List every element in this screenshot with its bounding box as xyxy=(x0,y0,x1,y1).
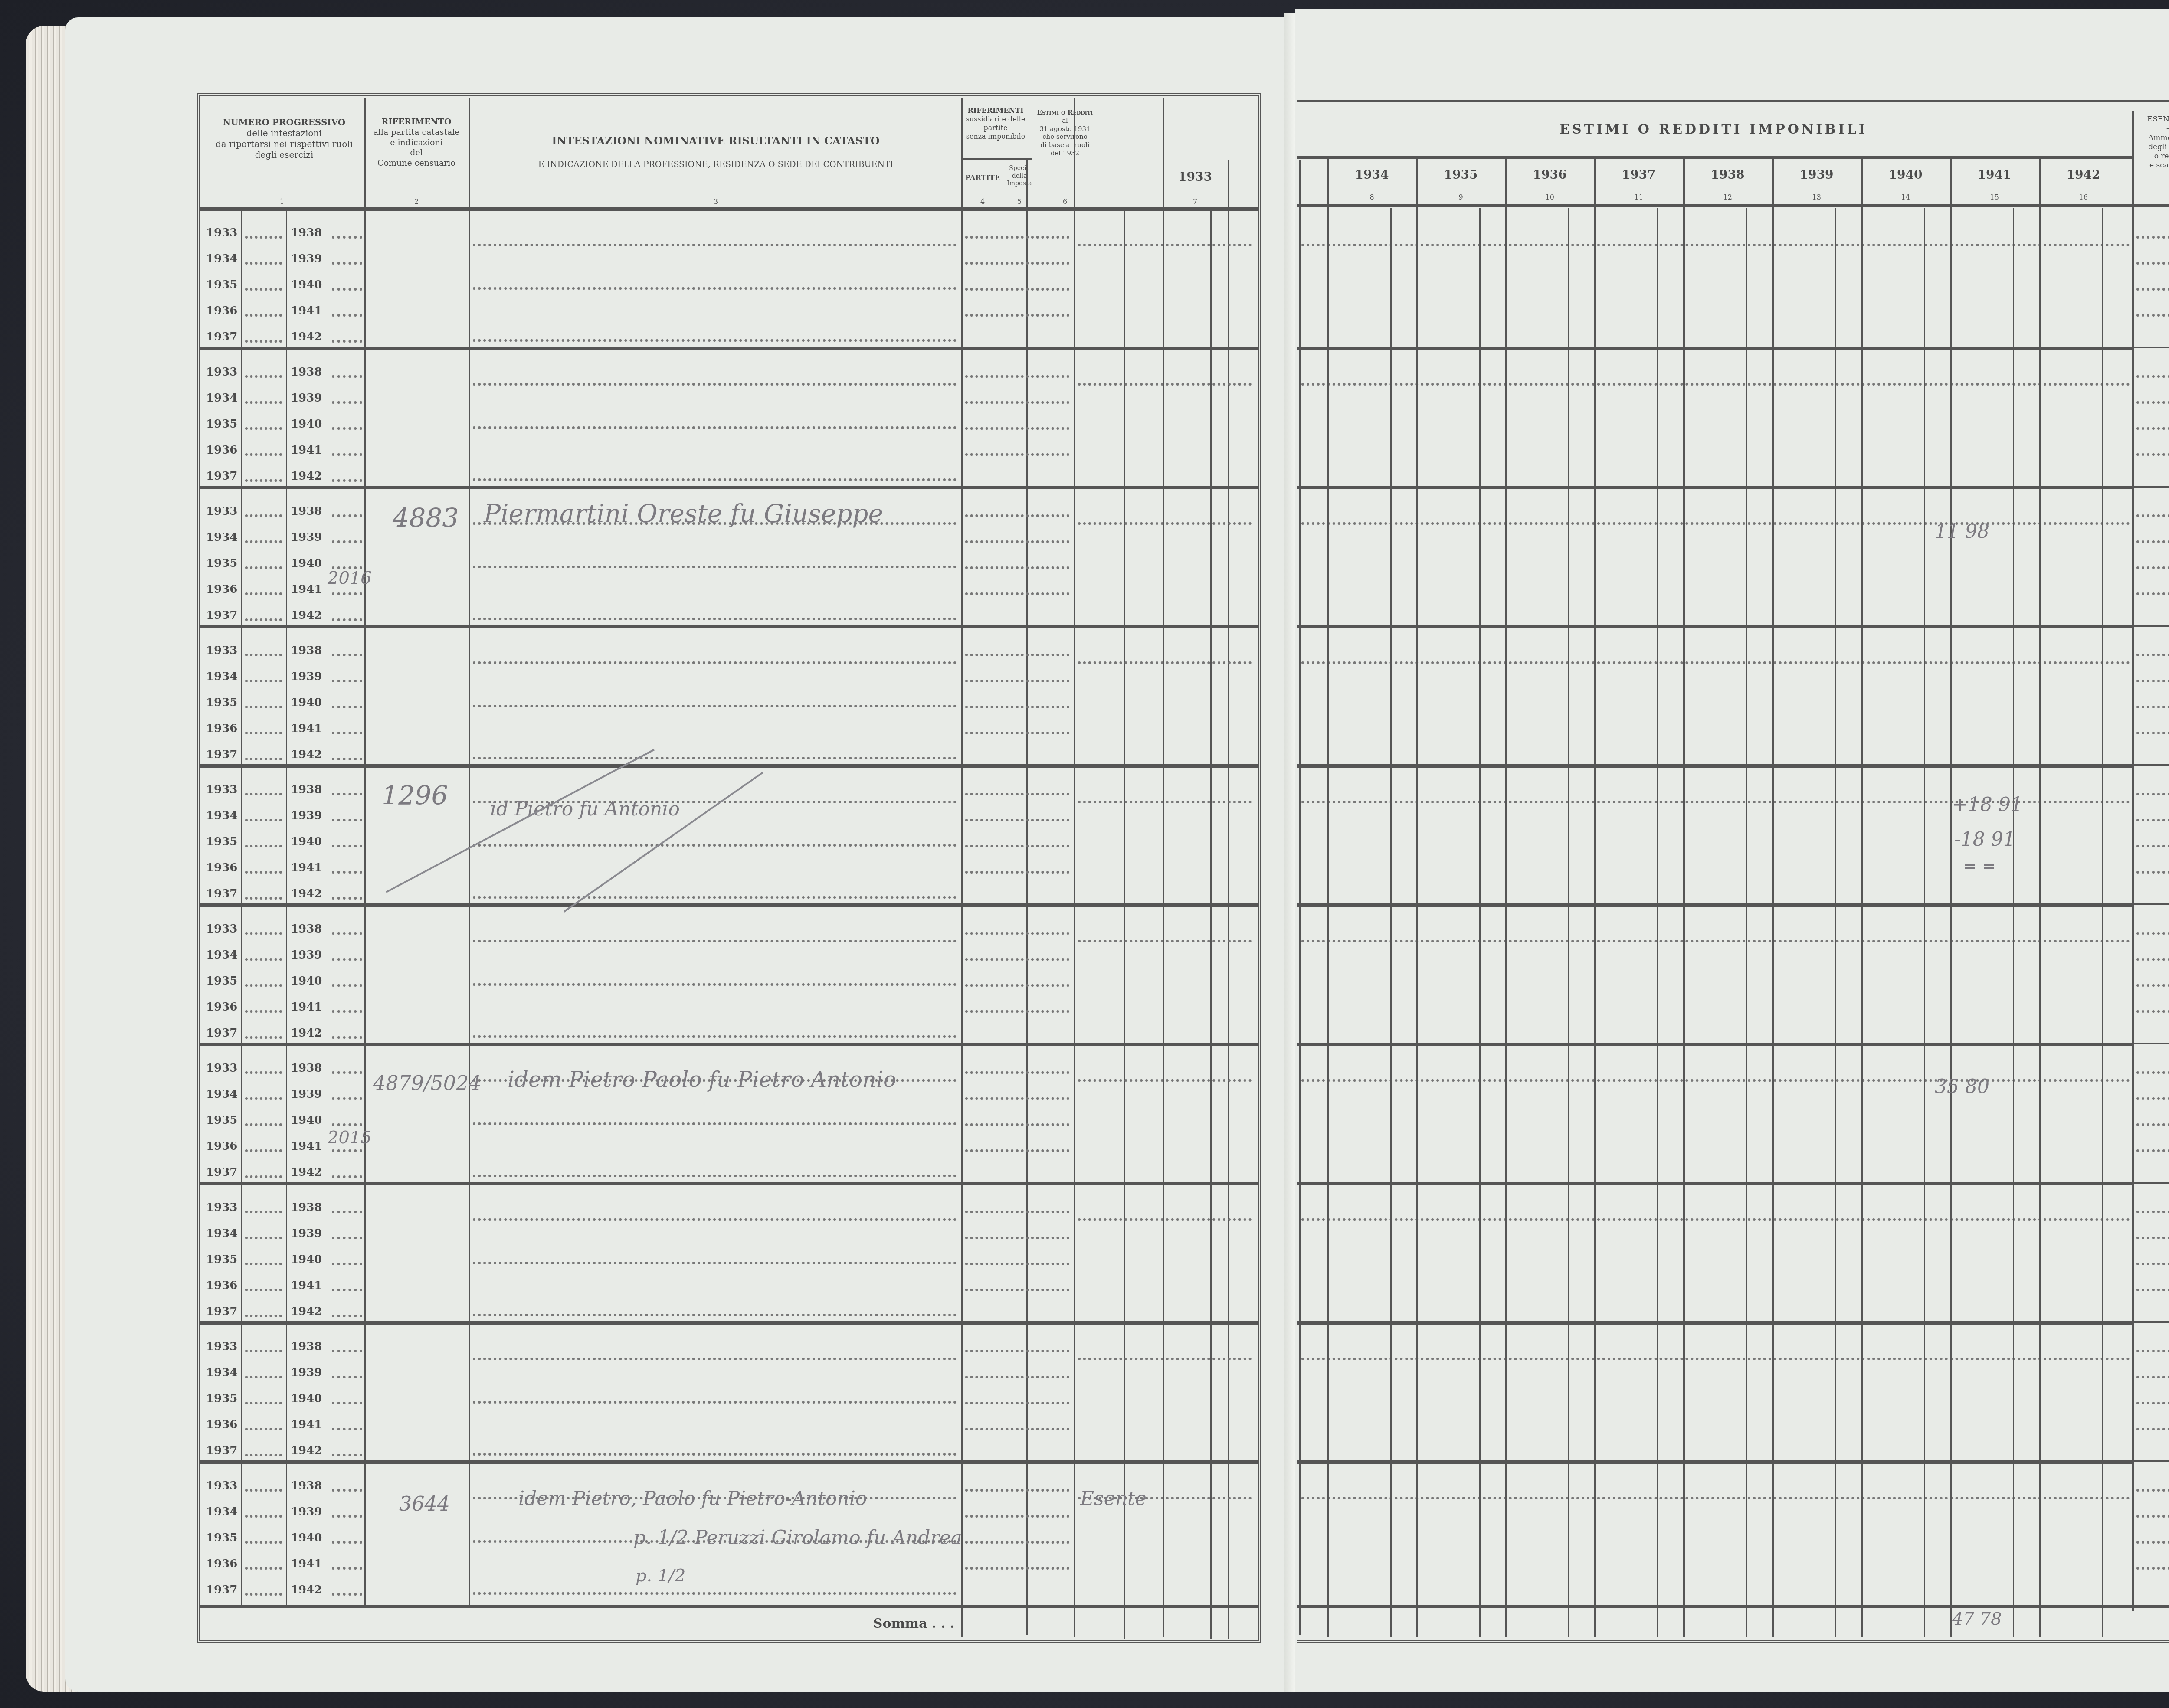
dotted-leader xyxy=(2136,1402,2169,1404)
year-label: 1938 xyxy=(291,1062,322,1075)
year-label: 1937 xyxy=(206,748,237,761)
dotted-leader xyxy=(332,654,362,656)
dotted-leader xyxy=(332,1211,362,1213)
year-label: 1935 xyxy=(206,835,237,848)
ruled-line xyxy=(473,426,957,429)
year-label: 1939 xyxy=(291,252,322,265)
somma-1941: 47 78 xyxy=(1952,1609,2002,1629)
block-rule xyxy=(2134,347,2169,348)
divider xyxy=(1861,158,1863,1637)
header-line: da riportarsi nei rispettivi ruoli xyxy=(202,139,367,150)
ruled-line xyxy=(473,1175,957,1177)
year-label: 1934 xyxy=(206,1366,237,1379)
block-rule xyxy=(200,1043,1258,1046)
dotted-leader xyxy=(332,871,362,874)
year-label: 1934 xyxy=(206,949,237,962)
dotted-leader xyxy=(332,1376,362,1378)
dotted-leader xyxy=(245,288,282,291)
dotted-leader xyxy=(245,479,282,482)
dotted-leader xyxy=(2136,1149,2169,1152)
dotted-leader xyxy=(332,1402,362,1404)
block-rule xyxy=(1297,1321,2134,1325)
year-label: 1940 xyxy=(291,1392,322,1405)
year-label: 1935 xyxy=(206,278,237,291)
header-estimi-1931: Estimi o Redditi al 31 agosto 1931 che s… xyxy=(1035,108,1095,157)
dotted-leader xyxy=(965,654,1069,656)
dotted-leader xyxy=(2136,1489,2169,1492)
divider xyxy=(1416,158,1418,1637)
dotted-leader xyxy=(332,1515,362,1518)
dotted-leader xyxy=(2136,453,2169,456)
dotted-leader xyxy=(965,793,1069,795)
year-label: 1942 xyxy=(291,609,322,622)
year-label: 1940 xyxy=(291,975,322,988)
header-line: del 1932 xyxy=(1035,149,1095,157)
year-label: 1936 xyxy=(206,861,237,874)
year-label: 1935 xyxy=(206,1253,237,1266)
dotted-leader xyxy=(332,1541,362,1544)
year-label: 1936 xyxy=(206,583,237,596)
header-year: 1940 xyxy=(1861,167,1950,182)
dotted-leader xyxy=(245,401,282,404)
dotted-leader xyxy=(332,680,362,682)
block-rule xyxy=(200,1182,1258,1185)
column-number: 17 xyxy=(2165,204,2169,212)
dotted-leader xyxy=(332,1149,362,1152)
dotted-leader xyxy=(332,540,362,543)
partita-entry: 4879/5024 xyxy=(373,1071,482,1095)
header-year: 1937 xyxy=(1594,167,1683,182)
year-label: 1933 xyxy=(206,1340,237,1353)
partita-entry: 1296 xyxy=(382,781,448,811)
dotted-leader xyxy=(965,314,1069,317)
divider xyxy=(1835,208,1836,1637)
column-number: 15 xyxy=(1990,193,1999,201)
header-line: alla partita catastale xyxy=(367,128,466,138)
dotted-leader xyxy=(965,401,1069,404)
header-specie-imposta: Specie della Imposta xyxy=(1006,165,1032,188)
year-label: 1941 xyxy=(291,304,322,317)
dotted-leader xyxy=(332,984,362,987)
dotted-leader xyxy=(2136,680,2169,682)
ruled-line xyxy=(473,1453,957,1456)
ruled-line xyxy=(473,661,957,664)
dotted-leader xyxy=(332,1593,362,1596)
year-label: 1934 xyxy=(206,531,237,544)
dotted-leader xyxy=(245,1211,282,1213)
divider xyxy=(469,98,470,1607)
dotted-leader xyxy=(1301,1497,2130,1499)
dotted-leader xyxy=(332,1036,362,1039)
dotted-leader xyxy=(1301,383,2130,386)
header-year: 1942 xyxy=(2039,167,2128,182)
dotted-leader xyxy=(1078,522,1252,525)
divider xyxy=(364,98,366,1607)
block-rule xyxy=(200,1460,1258,1464)
year-label: 1935 xyxy=(206,1392,237,1405)
year-label: 1934 xyxy=(206,392,237,405)
name-entry: p. 1/2 Peruzzi Girolamo fu Andrea xyxy=(633,1527,962,1549)
ruled-line xyxy=(473,339,957,342)
ruled-line xyxy=(473,705,957,707)
dotted-leader xyxy=(2136,793,2169,795)
year-label: 1940 xyxy=(291,835,322,848)
dotted-leader xyxy=(332,427,362,430)
block-rule xyxy=(1297,347,2134,350)
header-numero-progressivo: NUMERO PROGRESSIVO delle intestazioni da… xyxy=(202,117,367,160)
year-label: 1936 xyxy=(206,1001,237,1014)
dotted-leader xyxy=(965,1541,1069,1544)
dotted-leader xyxy=(245,1149,282,1152)
year-label: 1938 xyxy=(291,1479,322,1492)
header-line: di base ai ruoli xyxy=(1035,141,1095,149)
column-number: 14 xyxy=(1901,193,1910,201)
dotted-leader xyxy=(2136,1211,2169,1213)
name-entry: idem Pietro, Paolo fu Pietro-Antonio xyxy=(518,1488,867,1510)
dotted-leader xyxy=(965,958,1069,961)
block-rule xyxy=(2134,1460,2169,1462)
dotted-leader xyxy=(965,1402,1069,1404)
year-label: 1934 xyxy=(206,809,237,822)
dotted-leader xyxy=(965,1149,1069,1152)
year-label: 1934 xyxy=(206,1088,237,1101)
dotted-leader xyxy=(2136,732,2169,734)
somma-label: Somma . . . xyxy=(842,1616,954,1632)
dotted-leader xyxy=(1078,244,1252,246)
year-label: 1940 xyxy=(291,278,322,291)
header-line: e scadenze xyxy=(2134,161,2169,170)
header-title: INTESTAZIONI NOMINATIVE RISULTANTI IN CA… xyxy=(471,134,961,147)
side-number: 2015 xyxy=(328,1128,372,1148)
dotted-leader xyxy=(245,1263,282,1265)
divider xyxy=(1327,158,1329,1637)
year-label: 1933 xyxy=(206,226,237,239)
dotted-leader xyxy=(245,375,282,378)
header-line: e indicazioni xyxy=(367,138,466,148)
year-label: 1937 xyxy=(206,470,237,483)
column-number: 5 xyxy=(1015,197,1024,206)
dotted-leader xyxy=(965,1428,1069,1430)
year-label: 1938 xyxy=(291,366,322,379)
dotted-leader xyxy=(965,427,1069,430)
dotted-leader xyxy=(2136,1541,2169,1544)
partita-entry: 3644 xyxy=(399,1492,450,1515)
dotted-leader xyxy=(332,819,362,821)
dotted-leader xyxy=(2136,1237,2169,1239)
esente-note: Esente xyxy=(1080,1488,1147,1510)
dotted-leader xyxy=(332,1263,362,1265)
divider xyxy=(1568,208,1569,1637)
dotted-leader xyxy=(965,1350,1069,1352)
block-rule xyxy=(2134,1043,2169,1044)
divider xyxy=(1594,158,1596,1637)
dotted-leader xyxy=(245,1454,282,1456)
dotted-leader xyxy=(332,1428,362,1430)
year-label: 1939 xyxy=(291,809,322,822)
year-label: 1936 xyxy=(206,444,237,457)
header-line: senza imponibile xyxy=(961,132,1030,141)
year-label: 1942 xyxy=(291,1444,322,1457)
dotted-leader xyxy=(965,1071,1069,1074)
dotted-leader xyxy=(965,1567,1069,1570)
divider xyxy=(1746,208,1747,1637)
dotted-leader xyxy=(965,680,1069,682)
year-label: 1933 xyxy=(206,1062,237,1075)
block-rule xyxy=(200,625,1258,628)
header-partite: PARTITE xyxy=(961,173,1004,182)
divider xyxy=(961,98,963,1637)
dotted-leader xyxy=(332,845,362,847)
right-register-table xyxy=(1297,100,2169,1643)
dotted-leader xyxy=(2136,540,2169,543)
dotted-leader xyxy=(1301,1358,2130,1360)
dotted-leader xyxy=(245,845,282,847)
ruled-line xyxy=(473,896,957,899)
year-label: 1939 xyxy=(291,1505,322,1518)
dotted-leader xyxy=(245,592,282,595)
divider xyxy=(1026,160,1028,1635)
ruled-line xyxy=(473,287,957,290)
block-rule xyxy=(1297,1460,2134,1464)
block-rule xyxy=(1297,1182,2134,1185)
dotted-leader xyxy=(332,618,362,621)
block-rule xyxy=(2134,486,2169,488)
dotted-leader xyxy=(2136,1289,2169,1291)
dotted-leader xyxy=(2136,871,2169,874)
year-label: 1937 xyxy=(206,1166,237,1179)
block-rule xyxy=(1297,903,2134,907)
header-year-1933: 1933 xyxy=(1167,169,1223,184)
header-subtitle: E INDICAZIONE DELLA PROFESSIONE, RESIDEN… xyxy=(471,160,961,170)
ruled-line xyxy=(473,1262,957,1264)
dotted-leader xyxy=(332,592,362,595)
column-number: 2 xyxy=(412,197,421,206)
dotted-leader xyxy=(245,1428,282,1430)
header-line: Ammontare xyxy=(2134,134,2169,143)
dotted-leader xyxy=(332,1454,362,1456)
dotted-leader xyxy=(2136,1123,2169,1126)
year-label: 1933 xyxy=(206,366,237,379)
dotted-leader xyxy=(332,236,362,239)
dotted-leader xyxy=(2136,401,2169,404)
ruled-line xyxy=(473,844,957,847)
block-rule xyxy=(200,903,1258,907)
column-number: 13 xyxy=(1812,193,1821,201)
dotted-leader xyxy=(1078,661,1252,664)
year-label: 1934 xyxy=(206,1505,237,1518)
dotted-leader xyxy=(245,1541,282,1544)
header-year: 1941 xyxy=(1950,167,2039,182)
divider xyxy=(2039,158,2041,1637)
year-label: 1936 xyxy=(206,1418,237,1431)
section-title: ESTIMI O REDDITI IMPONIBILI xyxy=(1410,121,2017,138)
year-label: 1938 xyxy=(291,1201,322,1214)
year-label: 1939 xyxy=(291,1227,322,1240)
dotted-leader xyxy=(332,793,362,795)
dotted-leader xyxy=(245,1567,282,1570)
header-esenzioni: ESENZIONI — Ammontare degli estimi o red… xyxy=(2134,115,2169,170)
divider xyxy=(1772,158,1774,1637)
divider xyxy=(1390,208,1392,1637)
header-line: al xyxy=(1035,117,1095,125)
dotted-leader xyxy=(332,262,362,265)
year-label: 1942 xyxy=(291,1027,322,1040)
footer-rule xyxy=(1297,1605,2169,1608)
year-label: 1934 xyxy=(206,670,237,683)
dotted-leader xyxy=(332,375,362,378)
header-year: 1939 xyxy=(1772,167,1861,182)
dotted-leader xyxy=(1301,940,2130,942)
divider xyxy=(1074,98,1075,1637)
ruled-line xyxy=(473,1358,957,1360)
value-1941: -18 91 xyxy=(1954,828,2015,851)
year-label: 1935 xyxy=(206,1531,237,1544)
dotted-leader xyxy=(332,706,362,708)
year-label: 1939 xyxy=(291,1366,322,1379)
dotted-leader xyxy=(332,1567,362,1570)
dotted-leader xyxy=(245,340,282,343)
dotted-leader xyxy=(965,932,1069,935)
year-label: 1935 xyxy=(206,1114,237,1127)
dotted-leader xyxy=(1301,244,2130,246)
dotted-leader xyxy=(965,871,1069,874)
year-label: 1942 xyxy=(291,1584,322,1597)
dotted-leader xyxy=(2136,1428,2169,1430)
header-rule xyxy=(200,207,1258,211)
block-rule xyxy=(1297,486,2134,489)
dotted-leader xyxy=(1078,801,1252,803)
dotted-leader xyxy=(965,1211,1069,1213)
year-label: 1942 xyxy=(291,330,322,344)
dotted-leader xyxy=(245,819,282,821)
header-year: 1934 xyxy=(1327,167,1416,182)
dotted-leader xyxy=(1078,940,1252,942)
dotted-leader xyxy=(965,453,1069,456)
dotted-leader xyxy=(245,453,282,456)
year-label: 1938 xyxy=(291,923,322,936)
column-number: 4 xyxy=(978,197,987,206)
dotted-leader xyxy=(1078,1218,1252,1221)
left-register-table xyxy=(197,93,1261,1643)
header-riferimento: RIFERIMENTO alla partita catastale e ind… xyxy=(367,117,466,169)
year-label: 1936 xyxy=(206,1140,237,1153)
header-title: RIFERIMENTI xyxy=(961,106,1030,115)
dotted-leader xyxy=(965,592,1069,595)
dotted-leader xyxy=(965,540,1069,543)
dotted-leader xyxy=(1078,1079,1252,1082)
block-rule xyxy=(1297,764,2134,768)
column-number: 7 xyxy=(1191,197,1199,206)
header-title: Estimi o Redditi xyxy=(1035,108,1095,117)
dotted-leader xyxy=(2136,288,2169,291)
block-rule xyxy=(2134,1321,2169,1323)
dotted-leader xyxy=(965,288,1069,291)
block-rule xyxy=(200,347,1258,350)
dotted-leader xyxy=(332,1071,362,1074)
name-entry: Piermartini Oreste fu Giuseppe xyxy=(484,499,883,528)
name-entry: p. 1/2 xyxy=(636,1566,685,1586)
dotted-leader xyxy=(2136,592,2169,595)
divider xyxy=(1479,208,1481,1637)
year-label: 1941 xyxy=(291,861,322,874)
dotted-leader xyxy=(245,1071,282,1074)
header-title: RIFERIMENTO xyxy=(367,117,466,128)
divider xyxy=(1299,160,1301,1635)
block-rule xyxy=(2134,903,2169,905)
year-label: 1934 xyxy=(206,252,237,265)
dotted-leader xyxy=(965,984,1069,987)
dotted-leader xyxy=(2136,819,2169,821)
dotted-leader xyxy=(332,1175,362,1178)
year-label: 1941 xyxy=(291,1557,322,1571)
divider xyxy=(1657,208,1658,1637)
year-label: 1933 xyxy=(206,783,237,796)
divider xyxy=(1210,208,1212,1639)
dotted-leader xyxy=(2136,1010,2169,1013)
dotted-leader xyxy=(245,932,282,935)
year-label: 1937 xyxy=(206,887,237,900)
dotted-leader xyxy=(1078,1358,1252,1360)
year-label: 1941 xyxy=(291,1279,322,1292)
year-label: 1941 xyxy=(291,1001,322,1014)
value-1941: +18 91 xyxy=(1952,794,2023,816)
value-1941: 35 80 xyxy=(1935,1076,1989,1098)
year-label: 1935 xyxy=(206,418,237,431)
column-number: 3 xyxy=(711,197,720,206)
block-rule xyxy=(200,486,1258,489)
year-label: 1935 xyxy=(206,696,237,709)
dotted-leader xyxy=(332,1097,362,1100)
ruled-line xyxy=(473,1035,957,1038)
dotted-leader xyxy=(245,236,282,239)
dotted-leader xyxy=(2136,958,2169,961)
dotted-leader xyxy=(965,1489,1069,1492)
ruled-line xyxy=(473,757,957,759)
dotted-leader xyxy=(1301,1218,2130,1221)
header-line: sussidiari e delle partite xyxy=(961,115,1030,132)
dotted-leader xyxy=(2136,514,2169,517)
dotted-leader xyxy=(332,514,362,517)
year-label: 1941 xyxy=(291,444,322,457)
divider xyxy=(1163,98,1164,1637)
dotted-leader xyxy=(965,1289,1069,1291)
year-label: 1941 xyxy=(291,583,322,596)
year-label: 1933 xyxy=(206,644,237,657)
year-label: 1939 xyxy=(291,531,322,544)
year-label: 1940 xyxy=(291,696,322,709)
divider xyxy=(1228,160,1229,1639)
dotted-leader xyxy=(965,566,1069,569)
dotted-leader xyxy=(332,1350,362,1352)
divider xyxy=(1950,158,1952,1637)
dotted-leader xyxy=(2136,314,2169,317)
year-label: 1937 xyxy=(206,1305,237,1318)
year-label: 1939 xyxy=(291,1088,322,1101)
dotted-leader xyxy=(245,1010,282,1013)
block-rule xyxy=(2134,625,2169,627)
ruled-line xyxy=(473,983,957,986)
side-number: 2016 xyxy=(328,568,372,588)
block-rule xyxy=(1297,1043,2134,1046)
dotted-leader xyxy=(965,1097,1069,1100)
dotted-leader xyxy=(965,706,1069,708)
dotted-leader xyxy=(245,1097,282,1100)
year-label: 1940 xyxy=(291,418,322,431)
header-year: 1938 xyxy=(1683,167,1772,182)
header-riferimenti-sussidiari: RIFERIMENTI sussidiari e delle partite s… xyxy=(961,106,1030,141)
dotted-leader xyxy=(245,514,282,517)
dotted-leader xyxy=(245,958,282,961)
